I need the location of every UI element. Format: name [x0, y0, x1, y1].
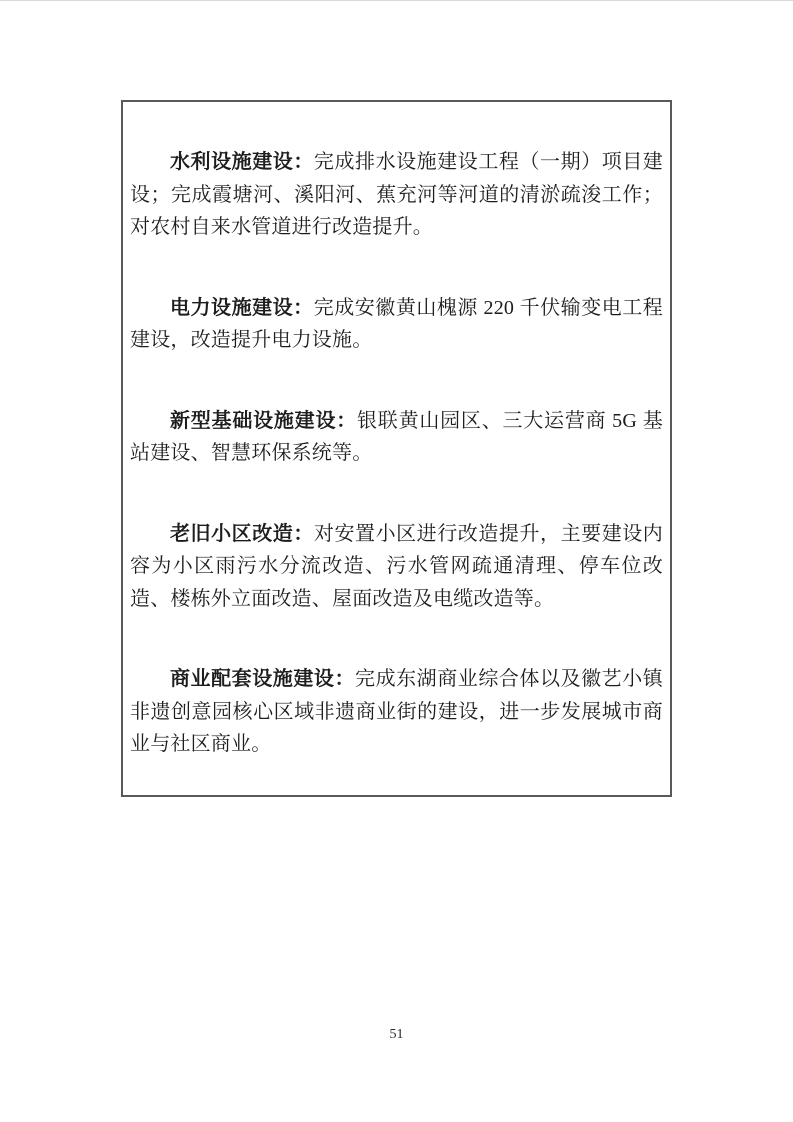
content-border-box: 水利设施建设：完成排水设施建设工程（一期）项目建设；完成霞塘河、溪阳河、蕉充河等… [121, 100, 672, 797]
paragraph-heading: 老旧小区改造： [170, 523, 314, 545]
paragraph: 商业配套设施建设：完成东湖商业综合体以及徽艺小镇非遗创意园核心区域非遗商业街的建… [130, 663, 663, 761]
paragraph-heading: 水利设施建设： [170, 151, 314, 173]
paragraph: 新型基础设施建设：银联黄山园区、三大运营商 5G 基站建设、智慧环保系统等。 [130, 405, 663, 470]
paragraph-heading: 电力设施建设： [170, 297, 314, 319]
paragraph-heading: 商业配套设施建设： [170, 668, 355, 690]
paragraph: 老旧小区改造：对安置小区进行改造提升，主要建设内容为小区雨污水分流改造、污水管网… [130, 518, 663, 616]
paragraph: 水利设施建设：完成排水设施建设工程（一期）项目建设；完成霞塘河、溪阳河、蕉充河等… [130, 146, 663, 244]
paragraph-heading: 新型基础设施建设： [170, 410, 357, 432]
page-number: 51 [0, 1027, 793, 1043]
paragraph: 电力设施建设：完成安徽黄山槐源 220 千伏输变电工程建设，改造提升电力设施。 [130, 292, 663, 357]
document-page: { "page": { "number": "51" }, "colors": … [0, 0, 793, 1122]
